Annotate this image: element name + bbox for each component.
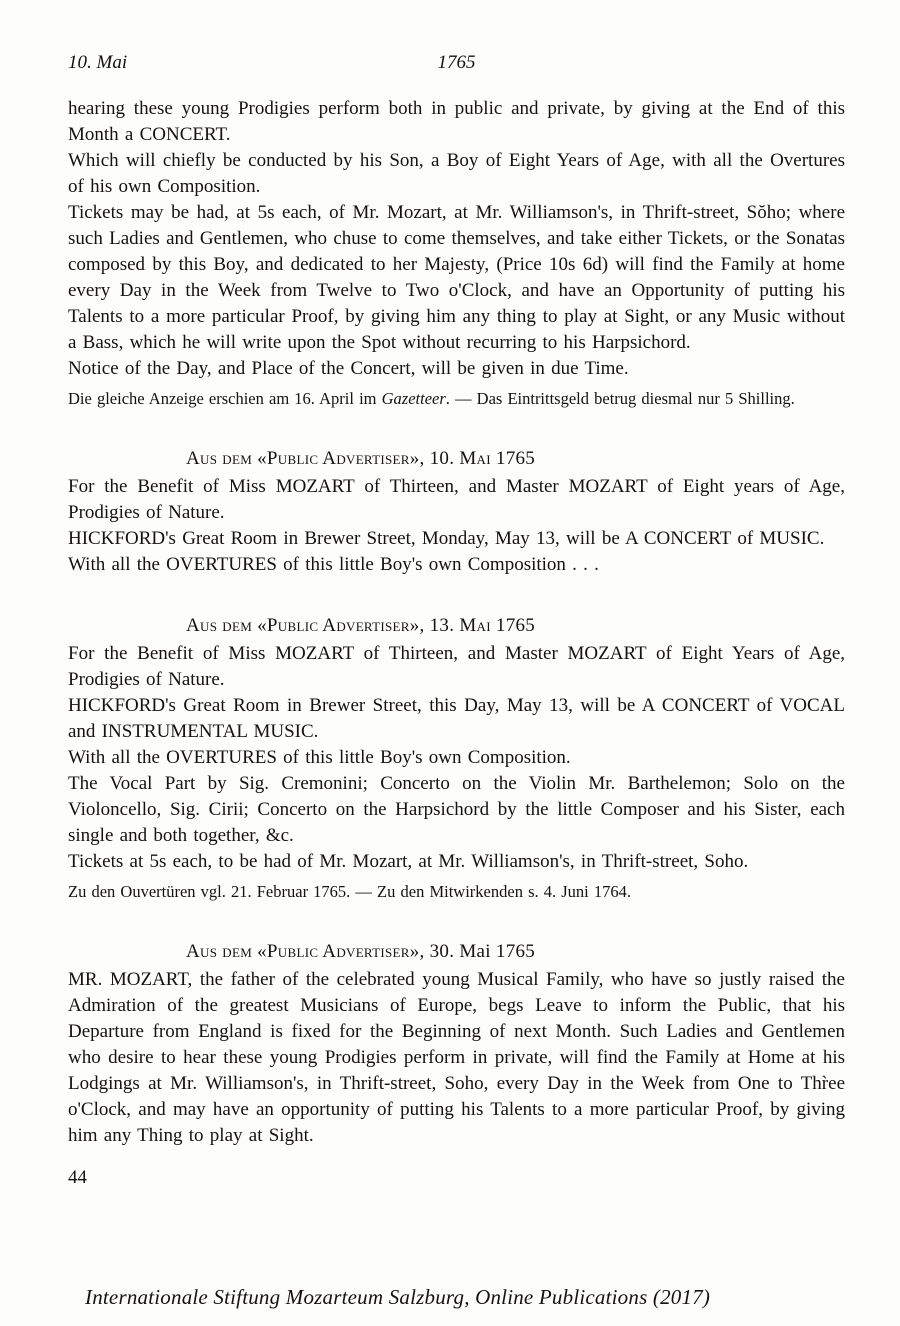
- paragraph: hearing these young Prodigies perform bo…: [68, 96, 845, 148]
- heading-smallcaps: Aus dem «Public Advertiser», 30.: [186, 941, 454, 962]
- paragraph: The Vocal Part by Sig. Cremonini; Concer…: [68, 771, 845, 849]
- paragraph: HICKFORD's Great Room in Brewer Street, …: [68, 526, 845, 552]
- note-italic-title: Gazetteer: [382, 389, 446, 408]
- paragraph: Which will chiefly be conducted by his S…: [68, 148, 845, 200]
- paragraph: For the Benefit of Miss MOZART of Thirte…: [68, 474, 845, 526]
- note-text: . — Das Eintrittsgeld betrug diesmal nur…: [446, 389, 795, 408]
- paragraph: MR. MOZART, the father of the celebrated…: [68, 967, 845, 1149]
- header-year: 1765: [68, 52, 845, 74]
- editorial-note: Die gleiche Anzeige erschien am 16. Apri…: [68, 386, 845, 411]
- paragraph: Notice of the Day, and Place of the Conc…: [68, 356, 845, 382]
- section-heading: Aus dem «Public Advertiser», 10. Mai 176…: [186, 445, 845, 472]
- intro-continuation-text: hearing these young Prodigies perform bo…: [68, 96, 845, 411]
- note-text: Die gleiche Anzeige erschien am 16. Apri…: [68, 389, 382, 408]
- section-public-advertiser-30-mai: Aus dem «Public Advertiser», 30. Mai 176…: [68, 938, 845, 1149]
- paragraph: Tickets at 5s each, to be had of Mr. Moz…: [68, 849, 845, 875]
- publication-footer: Internationale Stiftung Mozarteum Salzbu…: [85, 1285, 710, 1310]
- editorial-note: Zu den Ouvertüren vgl. 21. Februar 1765.…: [68, 879, 845, 904]
- section-public-advertiser-13-mai: Aus dem «Public Advertiser», 13. Mai 176…: [68, 612, 845, 904]
- paragraph: With all the OVERTURES of this little Bo…: [68, 552, 845, 578]
- heading-smallcaps: Aus dem «Public Advertiser», 13. Mai 176…: [186, 615, 535, 636]
- section-heading: Aus dem «Public Advertiser», 13. Mai 176…: [186, 612, 845, 639]
- running-header: 10. Mai 1765: [68, 52, 845, 78]
- heading-normal: Mai 1765: [454, 941, 535, 962]
- paragraph: For the Benefit of Miss MOZART of Thirte…: [68, 641, 845, 693]
- section-public-advertiser-10-mai: Aus dem «Public Advertiser», 10. Mai 176…: [68, 445, 845, 578]
- scanned-book-page: 10. Mai 1765 hearing these young Prodigi…: [0, 0, 900, 1326]
- paragraph: Tickets may be had, at 5s each, of Mr. M…: [68, 200, 845, 356]
- page-number: 44: [68, 1165, 845, 1191]
- paragraph: HICKFORD's Great Room in Brewer Street, …: [68, 693, 845, 745]
- section-heading: Aus dem «Public Advertiser», 30. Mai 176…: [186, 938, 845, 965]
- heading-smallcaps: Aus dem «Public Advertiser», 10. Mai 176…: [186, 448, 535, 469]
- paragraph: With all the OVERTURES of this little Bo…: [68, 745, 845, 771]
